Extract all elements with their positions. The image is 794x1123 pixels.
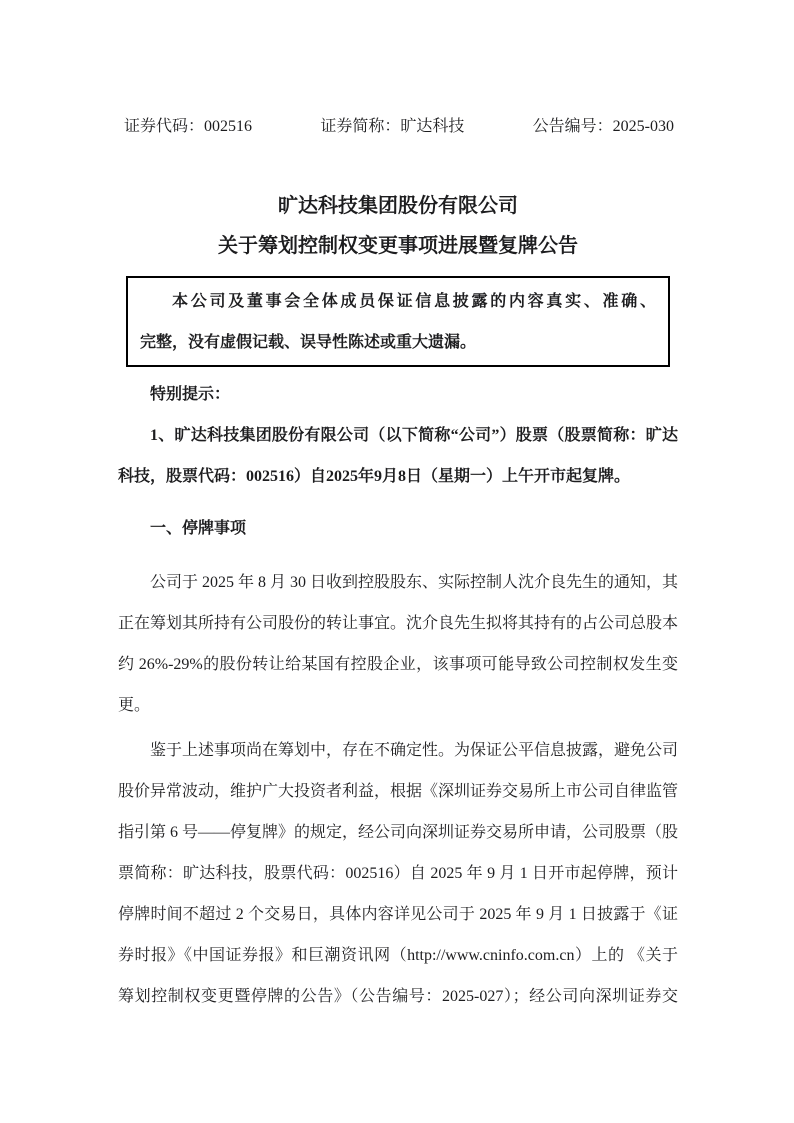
document-header: 证券代码：002516 证券简称：旷达科技 公告编号：2025-030 [118, 114, 678, 140]
text-line: 正在筹划其所持有公司股份的转让事宜。沈介良先生拟将其持有的占公司总股本 [118, 603, 678, 644]
text-line: 票简称：旷达科技，股票代码：002516）自 2025 年 9 月 1 日开市起… [118, 853, 678, 894]
text-line: 券时报》《中国证券报》和巨潮资讯网（http://www.cninfo.com.… [118, 935, 678, 976]
text-line: 科技，股票代码：002516）自2025年9月8日（星期一）上午开市起复牌。 [118, 456, 678, 497]
text-line: 指引第 6 号——停复牌》的规定，经公司向深圳证券交易所申请，公司股票（股 [118, 812, 678, 853]
section-1-heading: 一、停牌事项 [118, 508, 678, 549]
disclaimer-box: 本公司及董事会全体成员保证信息披露的内容真实、准确、完整，没有虚假记载、误导性陈… [126, 276, 670, 367]
text-line: 本公司及董事会全体成员保证信息披露的内容真实、准确、 [140, 281, 656, 322]
text-line: 特别提示： [118, 374, 678, 415]
text-line: 筹划控制权变更暨停牌的公告》（公告编号：2025-027）；经公司向深圳证券交 [118, 976, 678, 1017]
text-line: 完整，没有虚假记载、误导性陈述或重大遗漏。 [140, 322, 656, 363]
text-line: 公司于 2025 年 8 月 30 日收到控股股东、实际控制人沈介良先生的通知，… [118, 562, 678, 603]
special-note-heading: 特别提示： [118, 374, 678, 415]
text-line: 停牌时间不超过 2 个交易日，具体内容详见公司于 2025 年 9 月 1 日披… [118, 894, 678, 935]
paragraph-suspension: 鉴于上述事项尚在筹划中，存在不确定性。为保证公平信息披露，避免公司股价异常波动，… [118, 730, 678, 1017]
stock-abbr: 证券简称：旷达科技 [320, 114, 464, 140]
special-note-item-1: 1、旷达科技集团股份有限公司（以下简称“公司”）股票（股票简称：旷达科技，股票代… [118, 415, 678, 497]
announcement-title: 关于筹划控制权变更事项进展暨复牌公告 [118, 232, 678, 261]
stock-code: 证券代码：002516 [124, 114, 252, 140]
announcement-page: 证券代码：002516 证券简称：旷达科技 公告编号：2025-030 旷达科技… [0, 0, 794, 1123]
paragraph-notice: 公司于 2025 年 8 月 30 日收到控股股东、实际控制人沈介良先生的通知，… [118, 562, 678, 726]
text-line: 股价异常波动，维护广大投资者利益，根据《深圳证券交易所上市公司自律监管 [118, 771, 678, 812]
text-line: 1、旷达科技集团股份有限公司（以下简称“公司”）股票（股票简称：旷达 [118, 415, 678, 456]
company-title: 旷达科技集团股份有限公司 [118, 192, 678, 221]
text-line: 一、停牌事项 [118, 508, 678, 549]
text-line: 鉴于上述事项尚在筹划中，存在不确定性。为保证公平信息披露，避免公司 [118, 730, 678, 771]
body-blocks: 特别提示：1、旷达科技集团股份有限公司（以下简称“公司”）股票（股票简称：旷达科… [118, 374, 678, 1017]
text-line: 更。 [118, 685, 678, 726]
text-line: 约 26%-29%的股份转让给某国有控股企业，该事项可能导致公司控制权发生变 [118, 644, 678, 685]
announcement-number: 公告编号：2025-030 [533, 114, 674, 140]
